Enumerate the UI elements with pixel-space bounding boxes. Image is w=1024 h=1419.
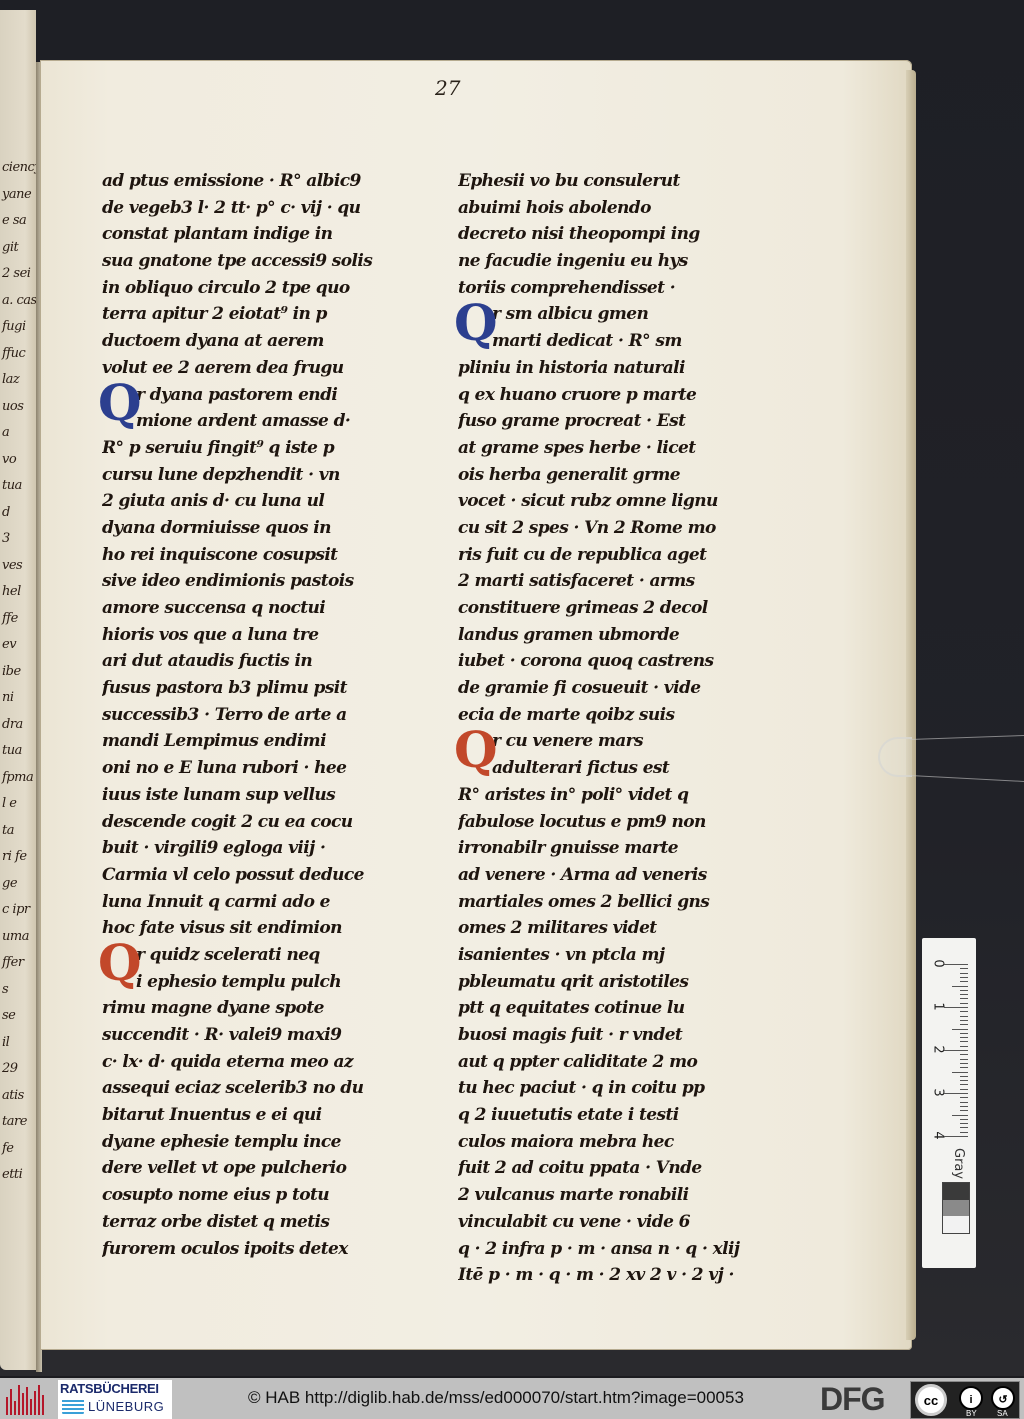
manuscript-line: Itē p · m · q · m · 2 xv 2 v · 2 vj ·: [458, 1262, 783, 1289]
manuscript-line: r quidz scelerati neq: [102, 942, 427, 969]
manuscript-line: ho rei inquiscone cosupsit: [102, 542, 427, 569]
manuscript-line: 2 giuta anis d· cu luna ul: [102, 488, 427, 515]
facing-page-text: vo: [2, 452, 16, 467]
measurement-ruler: Gray Scale 01234: [922, 938, 976, 1268]
gray-swatch: [943, 1183, 969, 1200]
facing-page-text: 29: [2, 1061, 18, 1076]
manuscript-line: ad ptus emissione · R° albic9: [102, 168, 427, 195]
ruler-tick: [960, 1084, 968, 1085]
facing-page-text: fugi: [2, 319, 26, 334]
facing-page-text: a. cassi: [2, 293, 36, 308]
facing-page-text: dra: [2, 717, 23, 732]
facing-page-text: etti: [2, 1167, 22, 1182]
facing-page-text: 2 sei: [2, 266, 30, 281]
manuscript-line: fuit 2 ad coitu ppata · Vnde: [458, 1155, 783, 1182]
manuscript-line: ris fuit cu de republica aget: [458, 542, 783, 569]
ruler-tick: [960, 1106, 968, 1107]
decorated-initial: Q: [454, 725, 498, 775]
facing-page-text: fpma: [2, 770, 33, 785]
manuscript-line: cu sit 2 spes · Vn 2 Rome mo: [458, 515, 783, 542]
cc-license-badge[interactable]: cc i ↺ BY SA: [910, 1381, 1020, 1419]
ruler-tick: [960, 1003, 968, 1004]
ruler-tick: [952, 986, 968, 987]
manuscript-line: constituere grimeas 2 decol: [458, 595, 783, 622]
manuscript-line: Carmia vl celo possut deduce: [102, 862, 427, 889]
manuscript-line: c· lx· d· quida eterna meo az: [102, 1049, 427, 1076]
footer-bar: RATSBÜCHEREI LÜNEBURG © HAB http://digli…: [0, 1378, 1024, 1419]
facing-page-text: ni: [2, 690, 14, 705]
facing-page-text: ge: [2, 876, 17, 891]
manuscript-line: irronabilr gnuisse marte: [458, 835, 783, 862]
manuscript-line: terraz orbe distet q metis: [102, 1209, 427, 1236]
ruler-tick: [960, 1054, 968, 1055]
manuscript-line: Ephesii vo bu consulerut: [458, 168, 783, 195]
facing-page-text: il: [2, 1035, 9, 1050]
facing-page-text: ffuc: [2, 346, 25, 361]
facing-page-text: tare: [2, 1114, 27, 1129]
facing-page-text: e sa: [2, 213, 26, 228]
decorated-initial: Q: [454, 298, 498, 348]
manuscript-line: mandi Lempimus endimi: [102, 728, 427, 755]
page-edge: [906, 70, 916, 1340]
ruler-tick: [960, 973, 968, 974]
library-name-bottom: LÜNEBURG: [88, 1399, 164, 1414]
facing-page-text: l e: [2, 796, 16, 811]
manuscript-line: tu hec paciut · q in coitu pp: [458, 1075, 783, 1102]
manuscript-line: toriis comprehendisset ·: [458, 275, 783, 302]
manuscript-line: isanientes · vn ptcla mj: [458, 942, 783, 969]
manuscript-line: furorem oculos ipoits detex: [102, 1236, 427, 1263]
manuscript-line: fusus pastora b3 plimu psit: [102, 675, 427, 702]
manuscript-line: ptt q equitates cotinue lu: [458, 995, 783, 1022]
manuscript-line: terra apitur 2 eiotat⁹ in p: [102, 301, 427, 328]
manuscript-line: q 2 iuuetutis etate i testi: [458, 1102, 783, 1129]
manuscript-line: vocet · sicut rubz omne lignu: [458, 488, 783, 515]
by-label: BY: [966, 1409, 977, 1418]
manuscript-line: q · 2 infra p · m · ansa n · q · xlij: [458, 1236, 783, 1263]
ruler-tick: [944, 1093, 968, 1094]
facing-page-text: c ipr: [2, 902, 30, 917]
facing-page-fragment: ciencyyanee sagit2 seia. cassifugiffucla…: [0, 10, 36, 1370]
ruler-tick: [960, 1033, 968, 1034]
ruler-tick: [960, 1020, 968, 1021]
facing-page-text: tua: [2, 478, 22, 493]
manuscript-line: buit · virgili9 egloga viij ·: [102, 835, 427, 862]
manuscript-line: oni no e E luna rubori · hee: [102, 755, 427, 782]
manuscript-line: mione ardent amasse d·: [102, 408, 427, 435]
ruler-tick: [960, 990, 968, 991]
open-book-icon: [62, 1400, 84, 1416]
manuscript-line: 2 vulcanus marte ronabili: [458, 1182, 783, 1209]
facing-page-text: ves: [2, 558, 22, 573]
manuscript-line: pbleumatu qrit aristotiles: [458, 969, 783, 996]
gray-scale-swatches: [942, 1182, 970, 1234]
attribution-person-icon: i: [959, 1386, 983, 1410]
ruler-tick: [960, 1127, 968, 1128]
manuscript-line: martiales omes 2 bellici gns: [458, 889, 783, 916]
ruler-tick: [944, 1007, 968, 1008]
manuscript-line: 2 marti satisfaceret · arms: [458, 568, 783, 595]
ruler-tick: [960, 981, 968, 982]
manuscript-line: ne facudie ingeniu eu hys: [458, 248, 783, 275]
manuscript-line: ductoem dyana at aerem: [102, 328, 427, 355]
ruler-tick: [960, 1097, 968, 1098]
manuscript-line: q ex huano cruore p marte: [458, 382, 783, 409]
manuscript-line: de gramie fi cosueuit · vide: [458, 675, 783, 702]
manuscript-line: i ephesio templu pulch: [102, 969, 427, 996]
copyright-link[interactable]: © HAB http://diglib.hab.de/mss/ed000070/…: [248, 1388, 744, 1408]
ruler-tick: [960, 1076, 968, 1077]
ruler-tick: [960, 1046, 968, 1047]
manuscript-line: rimu magne dyane spote: [102, 995, 427, 1022]
ruler-tick: [960, 1080, 968, 1081]
gray-swatch: [943, 1216, 969, 1233]
folio-number: 27: [435, 76, 460, 100]
manuscript-line: vinculabit cu vene · vide 6: [458, 1209, 783, 1236]
manuscript-line: r sm albicu gmen: [458, 301, 783, 328]
ruler-tick: [960, 1059, 968, 1060]
cc-icon: cc: [915, 1384, 947, 1416]
facing-page-text: yane: [2, 187, 31, 202]
ruler-tick: [960, 1119, 968, 1120]
manuscript-page: 27 ad ptus emissione · R° albic9de vegeb…: [40, 60, 912, 1350]
ruler-tick: [960, 1037, 968, 1038]
manuscript-line: r cu venere mars: [458, 728, 783, 755]
manuscript-line: iuus iste lunam sup vellus: [102, 782, 427, 809]
manuscript-line: omes 2 militares videt: [458, 915, 783, 942]
ruler-tick: [944, 1136, 968, 1137]
library-barcode-logo-icon: [6, 1385, 48, 1415]
decorated-initial: Q: [98, 378, 142, 428]
library-logo[interactable]: RATSBÜCHEREI LÜNEBURG: [58, 1380, 172, 1419]
manuscript-line: at grame spes herbe · licet: [458, 435, 783, 462]
manuscript-line: dere vellet vt ope pulcherio: [102, 1155, 427, 1182]
facing-page-text: atis: [2, 1088, 24, 1103]
manuscript-line: sua gnatone tpe accessi9 solis: [102, 248, 427, 275]
facing-page-text: uma: [2, 929, 29, 944]
clip-loop: [878, 737, 912, 777]
manuscript-line: dyana dormiuisse quos in: [102, 515, 427, 542]
decorated-initial: Q: [98, 938, 142, 988]
manuscript-line: sive ideo endimionis pastois: [102, 568, 427, 595]
gray-swatch: [943, 1200, 969, 1217]
ruler-tick: [960, 1016, 968, 1017]
manuscript-line: R° aristes in° poli° videt q: [458, 782, 783, 809]
facing-page-text: ibe: [2, 664, 21, 679]
manuscript-line: adulterari fictus est: [458, 755, 783, 782]
ruler-tick: [960, 1132, 968, 1133]
facing-page-text: 3: [2, 531, 10, 546]
ruler-tick: [960, 1024, 968, 1025]
facing-page-text: ta: [2, 823, 14, 838]
ruler-tick: [952, 1115, 968, 1116]
manuscript-line: amore succensa q noctui: [102, 595, 427, 622]
facing-page-text: d: [2, 505, 10, 520]
text-column-left: ad ptus emissione · R° albic9de vegeb3 l…: [102, 168, 427, 1262]
facing-page-text: ciency: [2, 160, 36, 175]
manuscript-line: aut q ppter caliditate 2 mo: [458, 1049, 783, 1076]
facing-page-text: ffer: [2, 955, 24, 970]
manuscript-line: luna Innuit q carmi ado e: [102, 889, 427, 916]
manuscript-line: de vegeb3 l· 2 tt· p° c· vij · qu: [102, 195, 427, 222]
manuscript-line: assequi eciaz scelerib3 no du: [102, 1075, 427, 1102]
facing-page-text: ri fe: [2, 849, 27, 864]
ruler-tick: [960, 1102, 968, 1103]
facing-page-text: se: [2, 1008, 15, 1023]
facing-page-text: uos: [2, 399, 23, 414]
manuscript-line: fabulose locutus e pm9 non: [458, 809, 783, 836]
manuscript-line: cosupto nome eius p totu: [102, 1182, 427, 1209]
manuscript-line: marti dedicat · R° sm: [458, 328, 783, 355]
ruler-tick: [952, 1072, 968, 1073]
ruler-tick: [944, 964, 968, 965]
manuscript-line: abuimi hois abolendo: [458, 195, 783, 222]
facing-page-text: fe: [2, 1141, 14, 1156]
ruler-tick: [960, 977, 968, 978]
manuscript-line: culos maiora mebra hec: [458, 1129, 783, 1156]
facing-page-text: hel: [2, 584, 21, 599]
ruler-tick: [960, 1110, 968, 1111]
manuscript-line: ecia de marte qoibz suis: [458, 702, 783, 729]
manuscript-line: ois herba generalit grme: [458, 462, 783, 489]
facing-page-text: s: [2, 982, 8, 997]
facing-page-text: git: [2, 240, 18, 255]
manuscript-line: successib3 · Terro de arte a: [102, 702, 427, 729]
page-clip: [878, 737, 1024, 777]
manuscript-line: hoc fate visus sit endimion: [102, 915, 427, 942]
ruler-tick: [960, 1089, 968, 1090]
manuscript-line: cursu lune depzhendit · vn: [102, 462, 427, 489]
manuscript-line: ari dut ataudis fuctis in: [102, 648, 427, 675]
manuscript-line: fuso grame procreat · Est: [458, 408, 783, 435]
facing-page-text: ev: [2, 637, 16, 652]
manuscript-line: buosi magis fuit · r vndet: [458, 1022, 783, 1049]
facing-page-text: ffe: [2, 611, 18, 626]
library-name-top: RATSBÜCHEREI: [60, 1381, 159, 1396]
ruler-tick: [960, 968, 968, 969]
facing-page-text: laz: [2, 372, 19, 387]
ruler-tick: [960, 1067, 968, 1068]
ruler-tick: [960, 994, 968, 995]
ruler-tick: [952, 1029, 968, 1030]
ruler-tick: [960, 1123, 968, 1124]
manuscript-line: R° p seruiu fingit⁹ q iste p: [102, 435, 427, 462]
manuscript-line: bitarut Inuentus e ei qui: [102, 1102, 427, 1129]
facing-page-text: tua: [2, 743, 22, 758]
manuscript-line: dyane ephesie templu ince: [102, 1129, 427, 1156]
ruler-tick: [944, 1050, 968, 1051]
share-alike-icon: ↺: [991, 1386, 1015, 1410]
manuscript-line: iubet · corona quoq castrens: [458, 648, 783, 675]
manuscript-line: decreto nisi theopompi ing: [458, 221, 783, 248]
ruler-tick: [960, 1063, 968, 1064]
dfg-logo[interactable]: DFG: [820, 1383, 885, 1415]
manuscript-line: volut ee 2 aerem dea frugu: [102, 355, 427, 382]
ruler-tick: [960, 1011, 968, 1012]
manuscript-line: in obliquo circulo 2 tpe quo: [102, 275, 427, 302]
manuscript-line: ad venere · Arma ad veneris: [458, 862, 783, 889]
manuscript-line: landus gramen ubmorde: [458, 622, 783, 649]
manuscript-line: constat plantam indige in: [102, 221, 427, 248]
sa-label: SA: [997, 1409, 1008, 1418]
facing-page-text: a: [2, 425, 9, 440]
manuscript-line: descende cogit 2 cu ea cocu: [102, 809, 427, 836]
ruler-tick: [960, 1041, 968, 1042]
text-column-right: Ephesii vo bu consulerutabuimi hois abol…: [458, 168, 783, 1289]
manuscript-line: succendit · R· valei9 maxi9: [102, 1022, 427, 1049]
manuscript-line: hioris vos que a luna tre: [102, 622, 427, 649]
manuscript-line: pliniu in historia naturali: [458, 355, 783, 382]
manuscript-line: r dyana pastorem endi: [102, 382, 427, 409]
ruler-tick: [960, 998, 968, 999]
